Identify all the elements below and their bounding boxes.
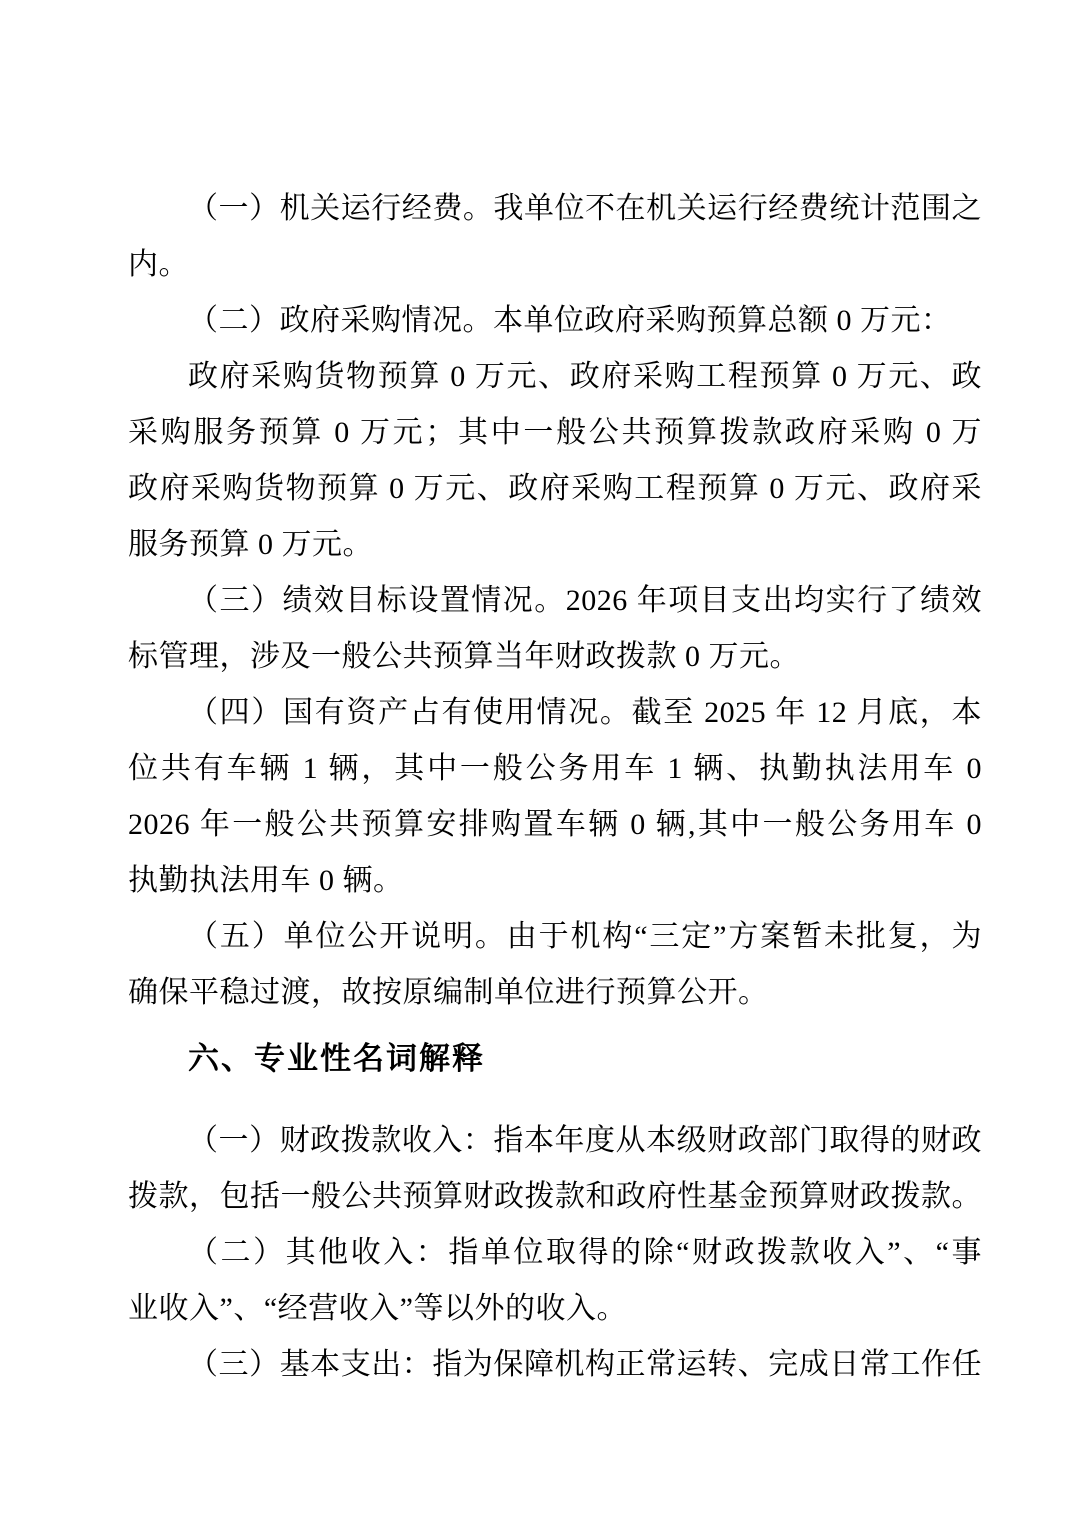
doc-line: （三）基本支出：指为保障机构正常运转、完成日常工作任 xyxy=(128,1337,982,1393)
doc-line: 政府采购货物预算 0 万元、政府采购工程预算 0 万元、政府 xyxy=(128,349,982,405)
doc-line: （四）国有资产占有使用情况。截至 2025 年 12 月底，本单 xyxy=(128,685,982,741)
document-page: （一）机关运行经费。我单位不在机关运行经费统计范围之 内。 （二）政府采购情况。… xyxy=(0,0,1074,1520)
doc-line: 政府采购货物预算 0 万元、政府采购工程预算 0 万元、政府采购 xyxy=(128,461,982,517)
doc-line: 拨款，包括一般公共预算财政拨款和政府性基金预算财政拨款。 xyxy=(128,1169,982,1225)
doc-line: 业收入”、“经营收入”等以外的收入。 xyxy=(128,1281,982,1337)
doc-line: 服务预算 0 万元。 xyxy=(128,517,982,573)
doc-line: 内。 xyxy=(128,237,982,293)
section-heading: 六、专业性名词解释 xyxy=(128,1031,982,1087)
document-body: （一）机关运行经费。我单位不在机关运行经费统计范围之 内。 （二）政府采购情况。… xyxy=(128,181,982,1393)
doc-line: 采购服务预算 0 万元；其中一般公共预算拨款政府采购 0 万元： xyxy=(128,405,982,461)
doc-line: （一）财政拨款收入：指本年度从本级财政部门取得的财政 xyxy=(128,1113,982,1169)
doc-line: （一）机关运行经费。我单位不在机关运行经费统计范围之 xyxy=(128,181,982,237)
doc-line: （二）政府采购情况。本单位政府采购预算总额 0 万元： xyxy=(128,293,982,349)
doc-line: 位共有车辆 1 辆，其中一般公务用车 1 辆、执勤执法用车 0 辆。 xyxy=(128,741,982,797)
doc-line: 标管理，涉及一般公共预算当年财政拨款 0 万元。 xyxy=(128,629,982,685)
doc-line: 2026 年一般公共预算安排购置车辆 0 辆,其中一般公务用车 0 辆、 xyxy=(128,797,982,853)
doc-line: 执勤执法用车 0 辆。 xyxy=(128,853,982,909)
doc-line: （三）绩效目标设置情况。2026 年项目支出均实行了绩效目 xyxy=(128,573,982,629)
doc-line: 确保平稳过渡，故按原编制单位进行预算公开。 xyxy=(128,965,982,1021)
doc-line: （二）其他收入：指单位取得的除“财政拨款收入”、“事 xyxy=(128,1225,982,1281)
doc-line: （五）单位公开说明。由于机构“三定”方案暂未批复，为 xyxy=(128,909,982,965)
